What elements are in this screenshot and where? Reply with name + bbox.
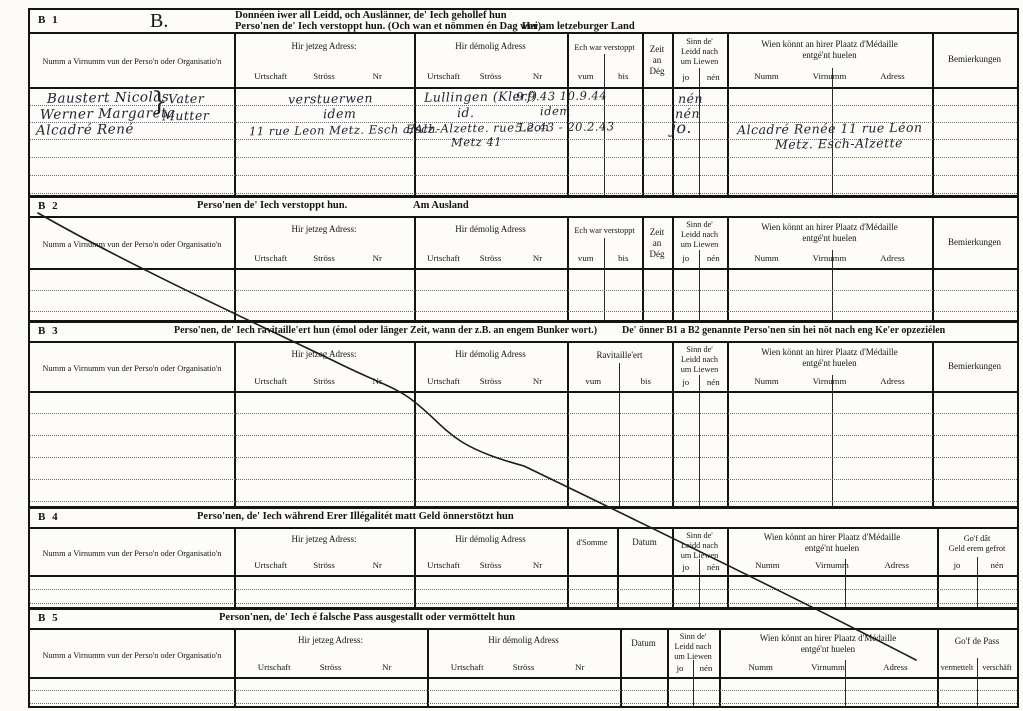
col-header-remarks: Bemierkungen xyxy=(932,34,1017,87)
section-b5: B 5 Person'nen, de' Iech é falsche Pass … xyxy=(30,607,1017,706)
handwritten-dates-3: 5.2.43 - 20.2.43 xyxy=(515,119,615,134)
handwritten-medal-recipient-2: Metz. Esch-Alzette xyxy=(775,135,903,152)
handwritten-former-address-3b: Metz 41 xyxy=(451,135,502,150)
col-header-name: Numm a Virnumm vun der Perso'n oder Orga… xyxy=(30,34,234,87)
col-header-former-address: Hir démolig Adress UrtschaftStrössNr xyxy=(414,218,567,268)
col-header-name: Numm a Virnumm vun der Perso'n oder Orga… xyxy=(30,630,234,677)
section-b4-titlebar: B 4 Perso'nen, de' Iech während Erer Ill… xyxy=(30,509,1017,529)
col-header-remarks: Bemierkungen xyxy=(932,343,1017,391)
col-header-alive: Sinn de' Leidd nach um Liewen jonén xyxy=(672,34,727,87)
b3-data-rows xyxy=(30,393,1017,506)
col-header-current-address: Hir jetzeg Adress: UrtschaftStrössNr xyxy=(234,529,414,575)
b1-data-rows: Baustert Nicolas } Vater Werner Margaret… xyxy=(30,89,1017,195)
section-b1-title-suffix: Hei am letzeburger Land xyxy=(522,21,635,32)
section-b5-body: Numm a Virnumm vun der Perso'n oder Orga… xyxy=(30,630,1017,706)
col-header-current-address: Hir jetzeg Adress: UrtschaftStrössNr xyxy=(234,218,414,268)
section-label-b2: B 2 xyxy=(38,200,60,212)
b2-data-rows xyxy=(30,270,1017,320)
handwritten-role-1: Vater xyxy=(168,91,204,107)
col-header-current-address: Hir jetzeg Adress: UrtschaftStrössNr xyxy=(234,34,414,87)
col-header-sum: d'Somme xyxy=(567,529,617,575)
col-header-days: Zeit an Dég xyxy=(642,34,672,87)
section-b2: B 2 Perso'nen de' Iech verstoppt hun. Am… xyxy=(30,195,1017,320)
col-header-medal-recipient: Wien könnt an hirer Plaatz d'Médaille en… xyxy=(727,218,932,268)
section-b1-titlebar: B 1 B. Donnéen iwer all Leidd, och Auslä… xyxy=(30,10,1017,34)
col-header-former-address: Hir démolig Adress UrtschaftStrössNr xyxy=(427,630,620,677)
section-b4-title: Perso'nen, de' Iech während Erer Illégal… xyxy=(197,511,514,522)
col-header-name: Numm a Virnumm vun der Perso'n oder Orga… xyxy=(30,343,234,391)
section-b2-titlebar: B 2 Perso'nen de' Iech verstoppt hun. Am… xyxy=(30,198,1017,218)
section-b5-titlebar: B 5 Person'nen, de' Iech é falsche Pass … xyxy=(30,610,1017,630)
handwritten-alive-3: jo. xyxy=(671,118,692,137)
section-b1-body: Numm a Virnumm vun der Perso'n oder Orga… xyxy=(30,34,1017,195)
handwritten-former-address-2: id. xyxy=(457,105,475,120)
col-header-name: Numm a Virnumm vun der Perso'n oder Orga… xyxy=(30,218,234,268)
section-b2-title-suffix: Am Ausland xyxy=(413,200,469,211)
handwritten-name-2: Werner Margareta xyxy=(40,105,176,123)
col-header-date: Datum xyxy=(617,529,672,575)
col-header-money-reclaimed: Go'f dât Geld erem gefrot jonén xyxy=(937,529,1017,575)
section-b3: B 3 Perso'nen, de' Iech ravitaille'ert h… xyxy=(30,320,1017,506)
col-header-former-address: Hir démolig Adress UrtschaftStrössNr xyxy=(414,529,567,575)
section-label-b4: B 4 xyxy=(38,511,60,523)
col-header-former-address: Hir démolig Adress UrtschaftStrössNr xyxy=(414,343,567,391)
col-header-current-address: Hir jetzeg Adress: UrtschaftStrössNr xyxy=(234,630,427,677)
b5-data-rows xyxy=(30,679,1017,706)
handwritten-dates-2: idem xyxy=(540,104,571,118)
section-b2-title: Perso'nen de' Iech verstoppt hun. xyxy=(197,200,347,211)
scanned-form-page: B 1 B. Donnéen iwer all Leidd, och Auslä… xyxy=(0,0,1023,711)
section-b1-title-line2: Perso'nen de' Iech verstoppt hun. (Och w… xyxy=(235,21,541,32)
section-b3-titlebar: B 3 Perso'nen, de' Iech ravitaille'ert h… xyxy=(30,323,1017,343)
section-b3-title-suffix: De' önner B1 a B2 genannte Perso'nen sin… xyxy=(622,325,945,336)
col-header-medal-recipient: Wien könnt an hirer Plaatz d'Médaille en… xyxy=(727,34,932,87)
col-header-hidden-period: Ech war verstoppt vumbis xyxy=(567,218,642,268)
form-table: B 1 B. Donnéen iwer all Leidd, och Auslä… xyxy=(28,8,1019,708)
section-b5-title: Person'nen, de' Iech é falsche Pass ausg… xyxy=(219,612,515,623)
col-header-former-address: Hir démolig Adress UrtschaftStrössNr xyxy=(414,34,567,87)
col-header-current-address: Hir jetzeg Adress: UrtschaftStrössNr xyxy=(234,343,414,391)
col-header-alive: Sinn de' Leidd nach um Liewen jonén xyxy=(672,529,727,575)
section-b3-body: Numm a Virnumm vun der Perso'n oder Orga… xyxy=(30,343,1017,506)
handwritten-current-address-1: verstuerwen xyxy=(288,90,373,106)
handwritten-alive-1: nén xyxy=(678,91,703,106)
section-b1-title-line1: Donnéen iwer all Leidd, och Auslänner, d… xyxy=(235,10,507,21)
handwritten-current-address-2: idem xyxy=(323,106,356,121)
col-header-alive: Sinn de' Leidd nach um Liewen jonén xyxy=(672,343,727,391)
section-label-b1: B 1 xyxy=(38,14,60,26)
section-label-b5: B 5 xyxy=(38,612,60,624)
col-header-medal-recipient: Wien könnt an hirer Plaatz d'Médaille en… xyxy=(727,343,932,391)
col-header-medal-recipient: Wien könnt an hirer Plaatz d'Médaille en… xyxy=(727,529,937,575)
b4-data-rows xyxy=(30,577,1017,607)
col-header-pass: Go'f de Pass vermetteltverschäft xyxy=(937,630,1017,677)
col-header-remarks: Bemierkungen xyxy=(932,218,1017,268)
col-header-days: Zeit an Dég xyxy=(642,218,672,268)
section-b1: B 1 B. Donnéen iwer all Leidd, och Auslä… xyxy=(30,10,1017,195)
section-b3-title: Perso'nen, de' Iech ravitaille'ert hun (… xyxy=(174,325,597,336)
handwritten-dates-1: 9.9.43 10.9.44 xyxy=(516,88,607,103)
section-b4: B 4 Perso'nen, de' Iech während Erer Ill… xyxy=(30,506,1017,607)
col-header-hidden-period: Ech war verstoppt vumbis xyxy=(567,34,642,87)
col-header-alive: Sinn de' Leidd nach um Liewen jonén xyxy=(672,218,727,268)
col-header-name: Numm a Virnumm vun der Perso'n oder Orga… xyxy=(30,529,234,575)
col-header-ravitaillement: Ravitaille'ert vumbis xyxy=(567,343,672,391)
handwritten-name-3: Alcadré René xyxy=(36,121,134,138)
big-letter-b: B. xyxy=(150,10,168,33)
col-header-date: Datum xyxy=(620,630,667,677)
section-b4-body: Numm a Virnumm vun der Perso'n oder Orga… xyxy=(30,529,1017,607)
col-header-medal-recipient: Wien könnt an hirer Plaatz d'Médaille en… xyxy=(719,630,937,677)
section-b2-body: Numm a Virnumm vun der Perso'n oder Orga… xyxy=(30,218,1017,320)
col-header-alive: Sinn de' Leidd nach um Liewen jonén xyxy=(667,630,719,677)
section-label-b3: B 3 xyxy=(38,325,60,337)
handwritten-role-2: Mutter xyxy=(162,108,209,124)
